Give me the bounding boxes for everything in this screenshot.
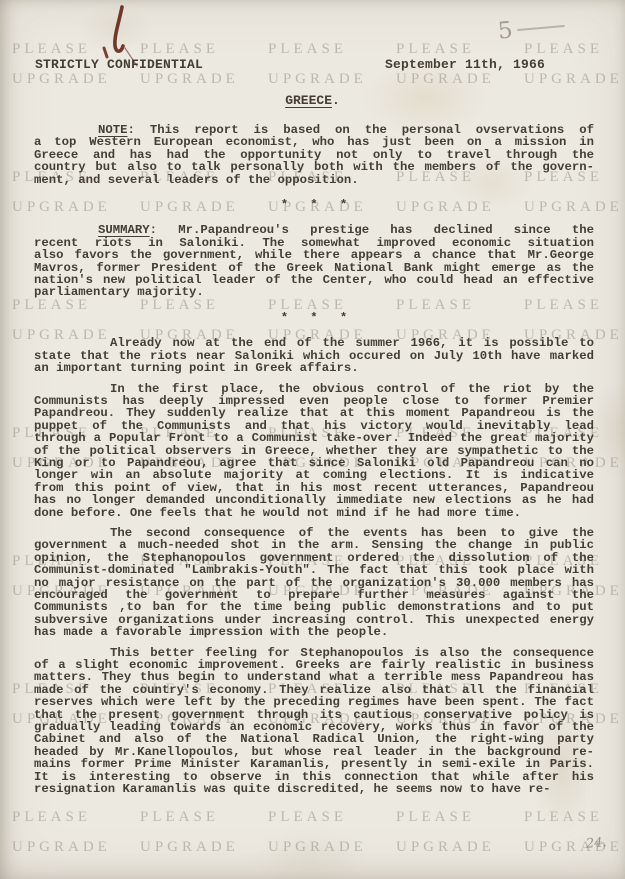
watermark-word: PLEASE xyxy=(396,810,524,825)
watermark-row: UPGRADEUPGRADEUPGRADEUPGRADEUPGRADE xyxy=(12,840,625,855)
text-line: an important turning point in Greek affa… xyxy=(34,362,594,374)
text-line: Communist-dominated "Lambrakis-Youth". T… xyxy=(34,564,594,576)
text-line: mains former Prime Minister Karamanlis, … xyxy=(34,758,594,770)
section-separator: * * * xyxy=(34,312,594,324)
paragraph-2: In the first place, the obvious control … xyxy=(34,383,594,519)
watermark-word: UPGRADE xyxy=(524,840,625,855)
text-line: ment, and several leaders of the opposit… xyxy=(34,174,594,186)
text-line: matters. They thus begin to understand w… xyxy=(34,671,594,683)
watermark-word: UPGRADE xyxy=(140,840,268,855)
watermark-word: PLEASE xyxy=(140,810,268,825)
watermark-word: UPGRADE xyxy=(268,840,396,855)
pencil-annotation-top-right: 5 xyxy=(497,17,514,44)
text-line: has no longer demanded unconditionally i… xyxy=(34,494,594,506)
text-line: also favors the government, while there … xyxy=(34,249,594,261)
text-line: done before. One feels that he would not… xyxy=(34,507,594,519)
watermark-row: PLEASEPLEASEPLEASEPLEASEPLEASE xyxy=(12,810,625,825)
text-line: Papandreou. They suddenly realize that a… xyxy=(34,407,594,419)
text-line: Already now at the end of the summer 196… xyxy=(34,337,594,349)
watermark-word: UPGRADE xyxy=(396,840,524,855)
paragraph-3: The second consequence of the events has… xyxy=(34,527,594,639)
text-line: a top Western European economist, who ha… xyxy=(34,136,594,148)
text-line: through a Popular Front to a Communist t… xyxy=(34,432,594,444)
text-line: SUMMARY: Mr.Papandreou's prestige has de… xyxy=(34,224,594,236)
document-page: PLEASEPLEASEPLEASEPLEASEPLEASEUPGRADEUPG… xyxy=(0,0,625,879)
text-line: parliamentary majority. xyxy=(34,286,594,298)
text-line: reserves which were left by the precedin… xyxy=(34,696,594,708)
watermark-word: PLEASE xyxy=(524,810,625,825)
watermark-word: PLEASE xyxy=(12,810,140,825)
date-label: September 11th, 1966 xyxy=(385,57,545,72)
watermark-word: PLEASE xyxy=(268,810,396,825)
summary-paragraph: SUMMARY: Mr.Papandreou's prestige has de… xyxy=(34,224,594,298)
paragraph-4: This better feeling for Stephanopoulos i… xyxy=(34,647,594,796)
text-line: resignation Karamanlis was quite discred… xyxy=(34,783,594,795)
text-line: country but also to talk personally both… xyxy=(34,161,594,173)
ink-mark-icon xyxy=(92,4,144,70)
text-line: Cabinet and also of the National Radical… xyxy=(34,733,594,745)
note-paragraph: NOTE: This report is based on the person… xyxy=(34,124,594,186)
page-title-period: . xyxy=(332,93,340,108)
paragraph-1: Already now at the end of the summer 196… xyxy=(34,337,594,374)
pencil-annotation-bottom-right: 24. xyxy=(586,835,608,851)
watermark-word: UPGRADE xyxy=(12,840,140,855)
text-line: longer win an absolute majority at comin… xyxy=(34,469,594,481)
text-line: has made a favorable impression with the… xyxy=(34,626,594,638)
page-title: GREECE. xyxy=(0,93,625,108)
document-body: NOTE: This report is based on the person… xyxy=(34,124,594,796)
section-separator: * * * xyxy=(34,199,594,211)
page-title-text: GREECE xyxy=(285,93,332,108)
text-line: Communists ,to ban for the time being pu… xyxy=(34,601,594,613)
text-line: government a much-needed shot in the arm… xyxy=(34,539,594,551)
